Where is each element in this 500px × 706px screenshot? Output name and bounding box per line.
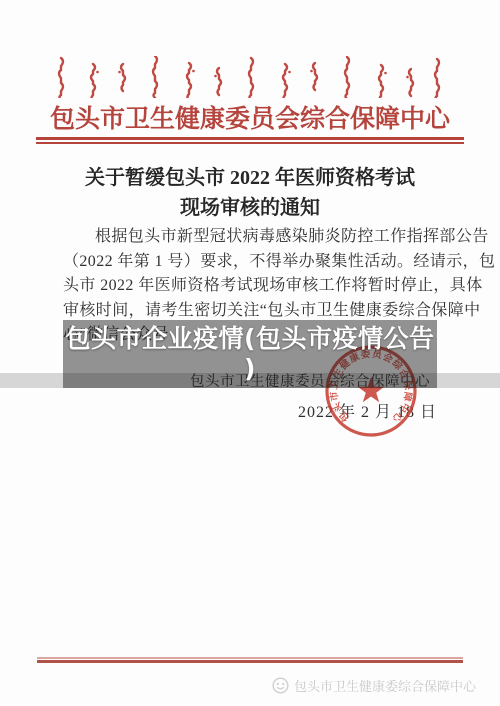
footer-double-rule: [37, 657, 463, 663]
body-line: 根据包头市新型冠状病毒感染肺炎防控工作指挥部公告: [63, 225, 439, 250]
document-photo: 包头市卫生健康委员会综合保障中心 关于暂缓包头市 2022 年医师资格考试 现场…: [0, 0, 500, 706]
notice-title: 关于暂缓包头市 2022 年医师资格考试 现场审核的通知: [0, 163, 500, 223]
notice-title-line-2: 现场审核的通知: [0, 193, 500, 223]
watermark-logo-icon: [272, 677, 289, 694]
letterhead-org-name: 包头市卫生健康委员会综合保障中心: [0, 99, 500, 135]
overlay-title-line-2: ): [244, 354, 256, 384]
watermark-text: 包头市卫生健康委综合保障中心: [294, 676, 476, 695]
watermark: 包头市卫生健康委综合保障中心: [272, 676, 476, 695]
letterhead-double-rule: [36, 137, 464, 144]
body-line: 头市 2022 年医师资格考试现场审核工作将暂时停止，具体: [63, 274, 439, 299]
mongolian-script-banner-icon: [54, 56, 446, 98]
overlay-title-banner: 包头市企业疫情(包头市疫情公告 ): [63, 320, 437, 388]
body-line: （2022 年第 1 号）要求，不得举办聚集性活动。经请示，包: [63, 250, 439, 275]
overlay-title-line-1: 包头市企业疫情(包头市疫情公告: [66, 324, 435, 354]
notice-title-line-1: 关于暂缓包头市 2022 年医师资格考试: [0, 163, 500, 193]
